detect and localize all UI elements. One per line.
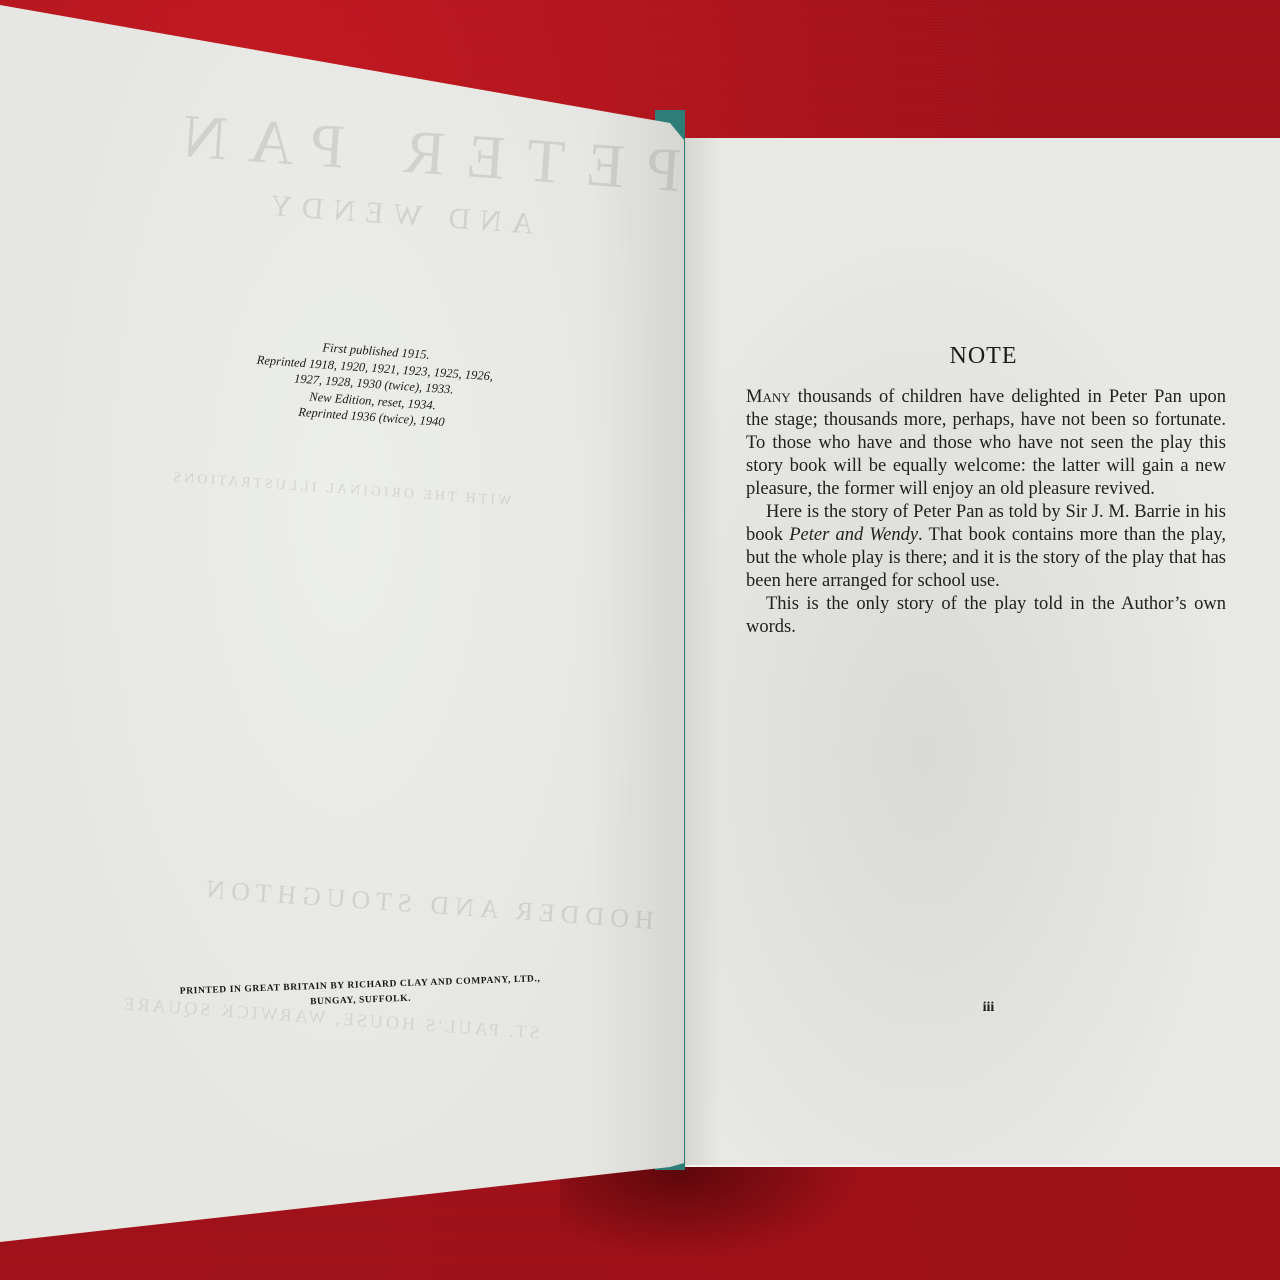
right-page-note: NOTE Many thousands of children have del… bbox=[685, 138, 1280, 1167]
bleed-through-title: PETER PAN bbox=[158, 100, 683, 207]
note-body: Many thousands of children have delighte… bbox=[746, 386, 1226, 639]
note-paragraph: Here is the story of Peter Pan as told b… bbox=[746, 501, 1226, 593]
bleed-through-publisher: HODDER AND STOUGHTON bbox=[200, 874, 655, 936]
bleed-through-illustrations: WITH THE ORIGINAL ILLUSTRATIONS bbox=[170, 470, 512, 510]
lead-word: Many bbox=[746, 387, 791, 407]
publication-history: First published 1915. Reprinted 1918, 19… bbox=[226, 333, 521, 436]
page-number: iii bbox=[686, 1000, 1280, 1016]
book-title-italic: Peter and Wendy bbox=[789, 525, 918, 545]
note-heading: NOTE bbox=[686, 343, 1280, 370]
note-paragraph: Many thousands of children have delighte… bbox=[746, 386, 1226, 501]
note-paragraph: This is the only story of the play told … bbox=[746, 593, 1226, 639]
bleed-through-subtitle: AND WENDY bbox=[259, 188, 534, 241]
left-page-copyright: PETER PAN AND WENDY WITH THE ORIGINAL IL… bbox=[0, 0, 690, 1280]
